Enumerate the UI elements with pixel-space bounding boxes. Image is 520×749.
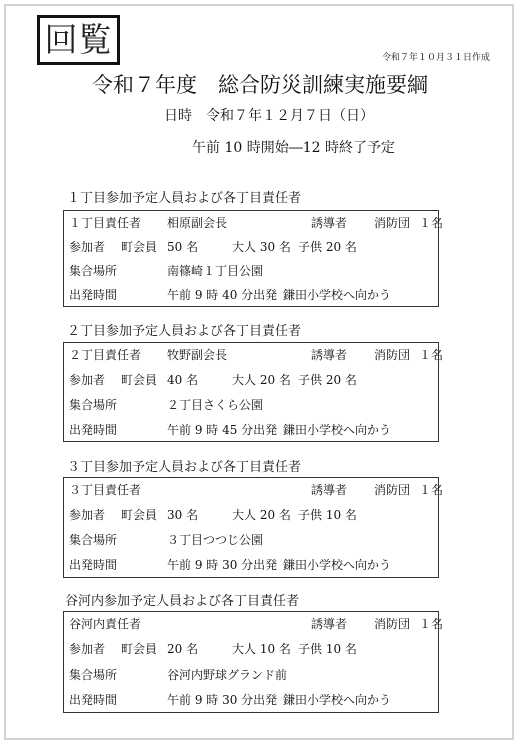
children-count: 子供 10 名 — [298, 503, 357, 527]
departure-label: 出発時間 — [69, 553, 117, 577]
leader-label: 谷河内責任者 — [69, 612, 141, 636]
leader-row: ２丁目責任者 牧野副会長 誘導者 消防団 １名 — [64, 343, 438, 367]
leader-row: ３丁目責任者 誘導者 消防団 １名 — [64, 478, 438, 502]
adults-count: 大人 20 名 — [232, 503, 291, 527]
event-time-range: 午前 10 時開始―12 時終了予定 — [192, 137, 395, 157]
guide-count: １名 — [419, 343, 443, 367]
participants-label: 参加者 — [69, 503, 105, 527]
destination: 鎌田小学校へ向かう — [283, 553, 391, 577]
children-count: 子供 20 名 — [298, 368, 357, 392]
guide-count: １名 — [419, 211, 443, 235]
participants-row: 参加者 町会員 20 名 大人 10 名 子供 10 名 — [64, 637, 438, 661]
meeting-label: 集合場所 — [69, 663, 117, 687]
section-heading-1: １丁目参加予定人員および各丁目責任者 — [67, 187, 301, 206]
guide-label: 誘導者 — [311, 343, 347, 367]
departure-label: 出発時間 — [69, 418, 117, 442]
guide-count: １名 — [419, 478, 443, 502]
departure-row: 出発時間 午前 9 時 45 分出発 鎌田小学校へ向かう — [64, 418, 438, 442]
participants-row: 参加者 町会員 40 名 大人 20 名 子供 20 名 — [64, 368, 438, 392]
departure-row: 出発時間 午前 9 時 30 分出発 鎌田小学校へ向かう — [64, 553, 438, 577]
section-box-3: ３丁目責任者 誘導者 消防団 １名 参加者 町会員 30 名 大人 20 名 子… — [63, 477, 439, 578]
guide-org: 消防団 — [374, 612, 410, 636]
participants-row: 参加者 町会員 50 名 大人 30 名 子供 20 名 — [64, 235, 438, 259]
created-date: 令和７年１０月３１日作成 — [360, 50, 490, 63]
participants-label: 参加者 — [69, 235, 105, 259]
guide-label: 誘導者 — [311, 612, 347, 636]
members-label: 町会員 — [121, 503, 157, 527]
meeting-place: 谷河内野球グランド前 — [167, 663, 287, 687]
section-box-2: ２丁目責任者 牧野副会長 誘導者 消防団 １名 参加者 町会員 40 名 大人 … — [63, 342, 439, 442]
meeting-place: ３丁目つつじ公園 — [167, 528, 263, 552]
adults-count: 大人 20 名 — [232, 368, 291, 392]
section-heading-4: 谷河内参加予定人員および各丁目責任者 — [65, 590, 299, 609]
meeting-row: 集合場所 谷河内野球グランド前 — [64, 663, 438, 687]
meeting-place: 南篠崎１丁目公園 — [167, 259, 263, 283]
leader-label: ３丁目責任者 — [69, 478, 141, 502]
meeting-row: 集合場所 ２丁目さくら公園 — [64, 393, 438, 417]
departure-label: 出発時間 — [69, 688, 117, 712]
adults-count: 大人 30 名 — [232, 235, 291, 259]
meeting-label: 集合場所 — [69, 528, 117, 552]
leader-row: 谷河内責任者 誘導者 消防団 １名 — [64, 612, 438, 636]
section-box-4: 谷河内責任者 誘導者 消防団 １名 参加者 町会員 20 名 大人 10 名 子… — [63, 611, 439, 713]
leader-name: 相原副会長 — [167, 211, 227, 235]
members-label: 町会員 — [121, 235, 157, 259]
meeting-row: 集合場所 南篠崎１丁目公園 — [64, 259, 438, 283]
departure-row: 出発時間 午前 9 時 40 分出発 鎌田小学校へ向かう — [64, 283, 438, 307]
leader-label: １丁目責任者 — [69, 211, 141, 235]
event-datetime: 日時 令和７年１２月７日（日） — [0, 105, 520, 125]
destination: 鎌田小学校へ向かう — [283, 283, 391, 307]
members-count: 30 名 — [167, 503, 198, 527]
participants-label: 参加者 — [69, 368, 105, 392]
guide-org: 消防団 — [374, 343, 410, 367]
children-count: 子供 20 名 — [298, 235, 357, 259]
section-heading-2: ２丁目参加予定人員および各丁目責任者 — [67, 320, 301, 339]
members-label: 町会員 — [121, 637, 157, 661]
participants-row: 参加者 町会員 30 名 大人 20 名 子供 10 名 — [64, 503, 438, 527]
departure-time: 午前 9 時 30 分出発 — [167, 688, 277, 712]
leader-name: 牧野副会長 — [167, 343, 227, 367]
destination: 鎌田小学校へ向かう — [283, 688, 391, 712]
guide-label: 誘導者 — [311, 478, 347, 502]
leader-row: １丁目責任者 相原副会長 誘導者 消防団 １名 — [64, 211, 438, 235]
guide-org: 消防団 — [374, 478, 410, 502]
guide-label: 誘導者 — [311, 211, 347, 235]
members-count: 40 名 — [167, 368, 198, 392]
members-label: 町会員 — [121, 368, 157, 392]
guide-org: 消防団 — [374, 211, 410, 235]
departure-time: 午前 9 時 30 分出発 — [167, 553, 277, 577]
destination: 鎌田小学校へ向かう — [283, 418, 391, 442]
document-title: 令和７年度 総合防災訓練実施要綱 — [0, 69, 520, 99]
meeting-label: 集合場所 — [69, 393, 117, 417]
departure-time: 午前 9 時 40 分出発 — [167, 283, 277, 307]
members-count: 20 名 — [167, 637, 198, 661]
section-heading-3: ３丁目参加予定人員および各丁目責任者 — [67, 456, 301, 475]
departure-row: 出発時間 午前 9 時 30 分出発 鎌田小学校へ向かう — [64, 688, 438, 712]
leader-label: ２丁目責任者 — [69, 343, 141, 367]
meeting-label: 集合場所 — [69, 259, 117, 283]
guide-count: １名 — [419, 612, 443, 636]
departure-time: 午前 9 時 45 分出発 — [167, 418, 277, 442]
meeting-place: ２丁目さくら公園 — [167, 393, 263, 417]
departure-label: 出発時間 — [69, 283, 117, 307]
members-count: 50 名 — [167, 235, 198, 259]
meeting-row: 集合場所 ３丁目つつじ公園 — [64, 528, 438, 552]
circulation-stamp: 回覧 — [37, 15, 120, 65]
adults-count: 大人 10 名 — [232, 637, 291, 661]
participants-label: 参加者 — [69, 637, 105, 661]
section-box-1: １丁目責任者 相原副会長 誘導者 消防団 １名 参加者 町会員 50 名 大人 … — [63, 210, 439, 307]
children-count: 子供 10 名 — [298, 637, 357, 661]
